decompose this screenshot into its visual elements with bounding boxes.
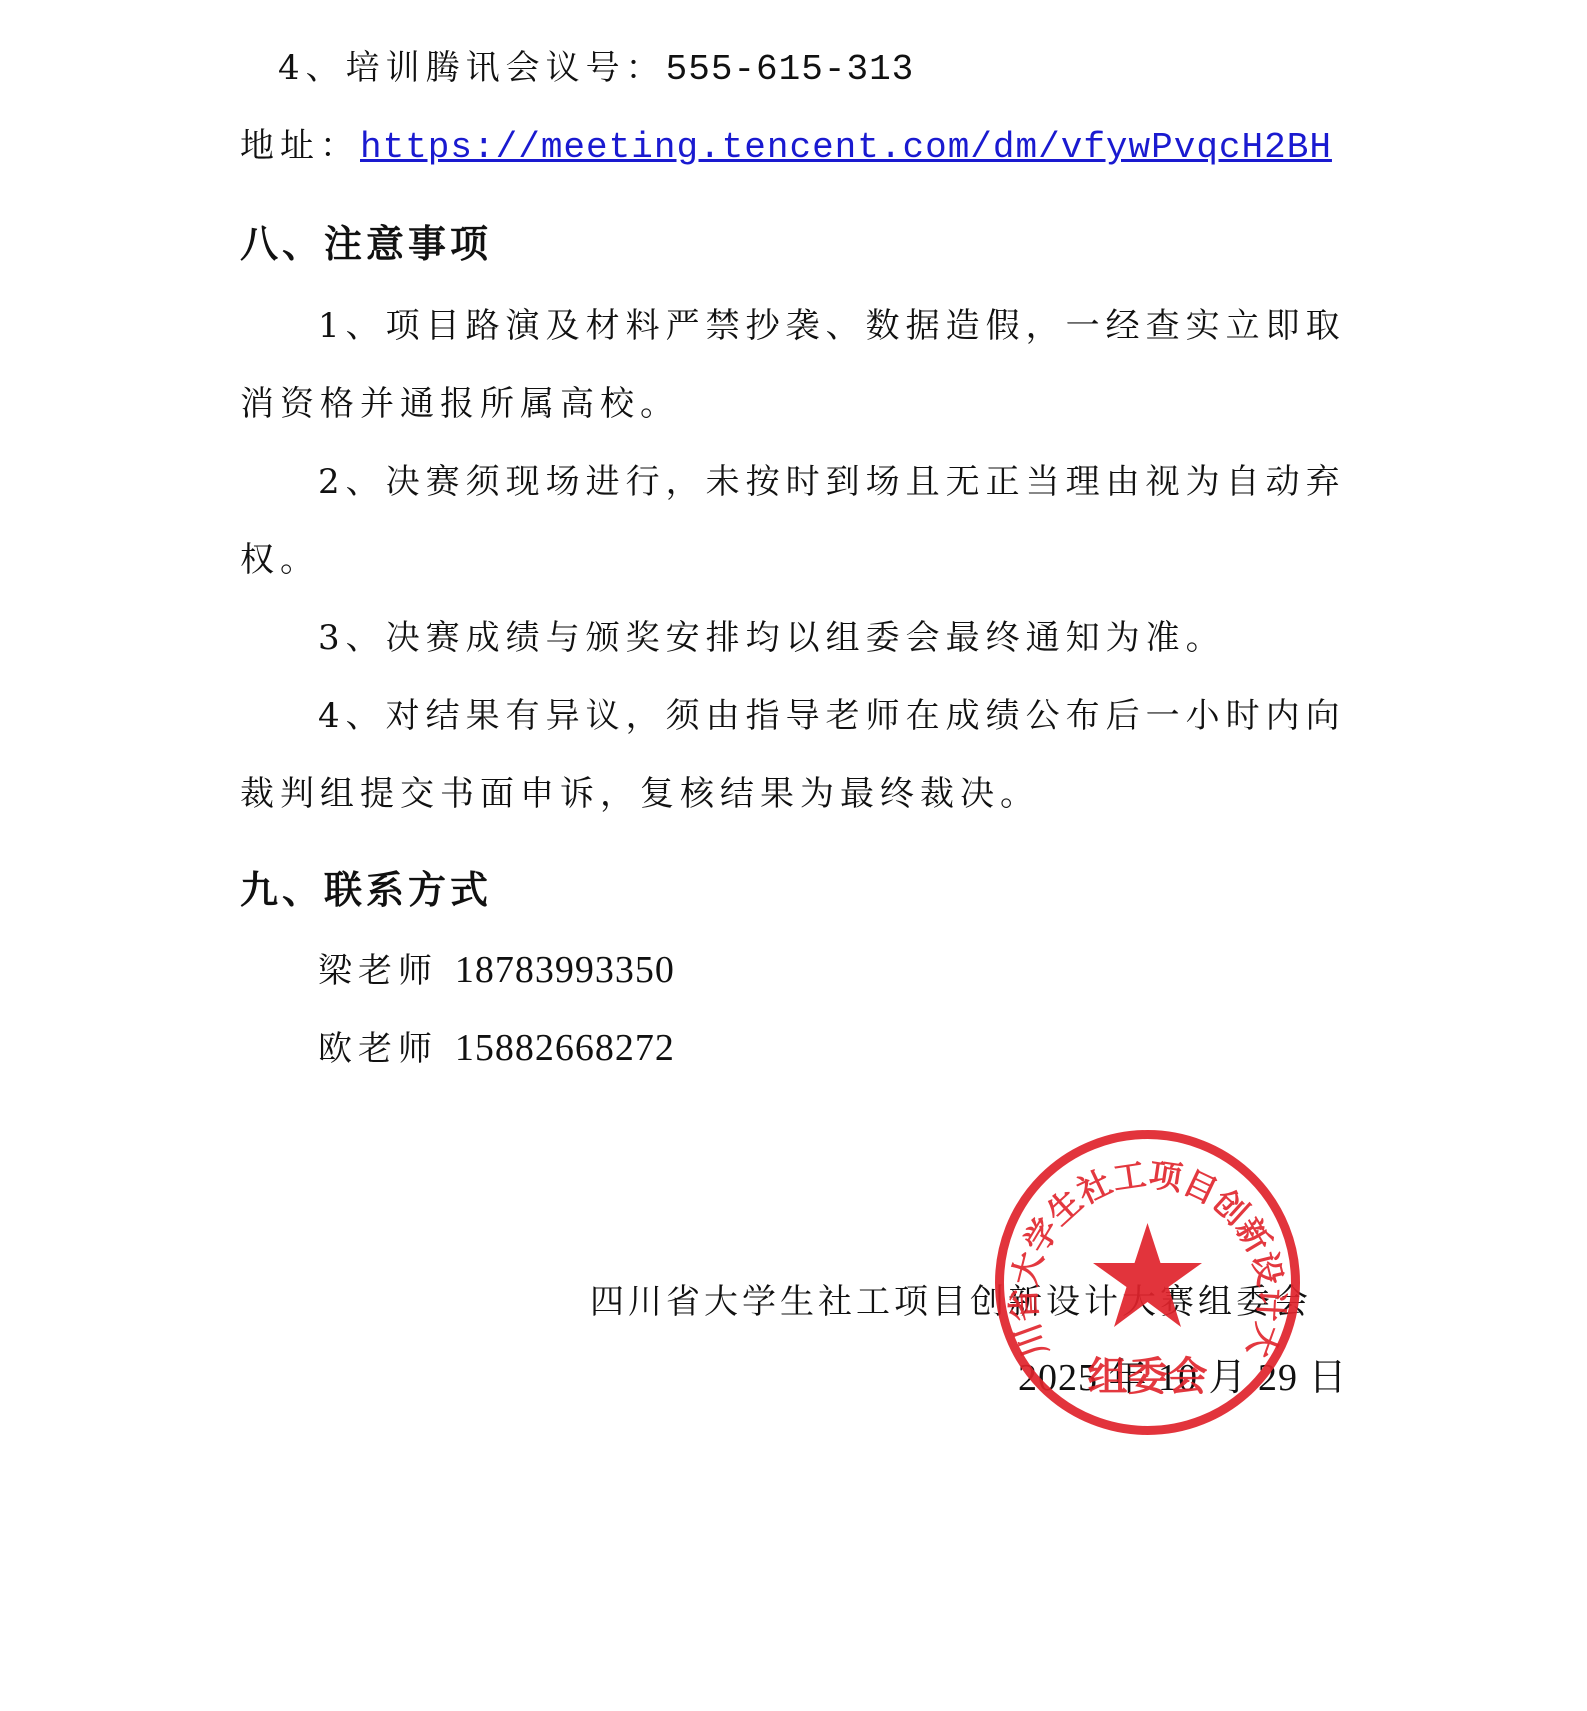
contact-row: 欧老师 15882668272 [318,1028,675,1069]
meeting-address-line: 地址：https://meeting.tencent.com/dm/vfywPv… [240,126,1332,168]
notice-item-1-cont: 消资格并通报所属高校。 [240,384,680,424]
notice-item-2-cont: 权。 [240,540,320,580]
address-label: 地址： [240,126,360,166]
section-9-heading: 九、联系方式 [240,868,492,912]
notice-item-4: 4、对结果有异议，须由指导老师在成绩公布后一小时内向 [318,696,1346,736]
notice-item-2: 2、决赛须现场进行，未按时到场且无正当理由视为自动弃 [318,462,1346,502]
meeting-number: 555-615-313 [666,49,915,90]
contact-name: 欧老师 [318,1029,438,1069]
meeting-label: 4、培训腾讯会议号： [278,48,666,88]
seal-arc-text: 四川省大学生社工项目创新设计大赛 [990,1125,1291,1363]
contact-row: 梁老师 18783993350 [318,950,675,991]
official-seal-icon: 四川省大学生社工项目创新设计大赛 组委会 [990,1125,1305,1440]
contact-phone: 15882668272 [455,1027,675,1069]
svg-text:四川省大学生社工项目创新设计大赛: 四川省大学生社工项目创新设计大赛 [990,1125,1291,1363]
notice-item-3: 3、决赛成绩与颁奖安排均以组委会最终通知为准。 [318,618,1226,658]
seal-center-text: 组委会 [1088,1354,1208,1400]
meeting-number-line: 4、培训腾讯会议号：555-615-313 [278,48,914,90]
section-8-heading: 八、注意事项 [240,222,492,266]
notice-item-4-cont: 裁判组提交书面申诉，复核结果为最终裁决。 [240,774,1040,814]
contact-name: 梁老师 [318,951,438,991]
contact-phone: 18783993350 [455,949,675,991]
seal-star-icon [1093,1223,1202,1327]
notice-item-1: 1、项目路演及材料严禁抄袭、数据造假，一经查实立即取 [318,306,1346,346]
meeting-link[interactable]: https://meeting.tencent.com/dm/vfywPvqcH… [360,127,1332,168]
